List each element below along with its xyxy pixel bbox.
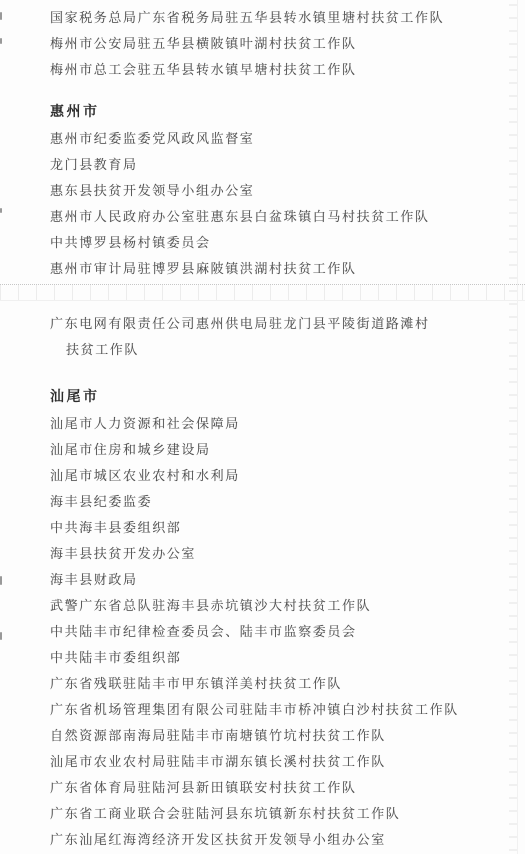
list-item: 自然资源部南海局驻陆丰市南塘镇竹坑村扶贫工作队 bbox=[50, 723, 470, 749]
left-edge-scan-artifact bbox=[0, 576, 2, 585]
left-edge-scan-artifact bbox=[0, 208, 2, 213]
list-item: 海丰县扶贫开发办公室 bbox=[50, 541, 470, 567]
list-item: 海丰县纪委监委 bbox=[50, 489, 470, 515]
list-item: 惠州市人民政府办公室驻惠东县白盆珠镇白马村扶贫工作队 bbox=[50, 204, 470, 230]
list-item: 广东省工商业联合会驻陆河县东坑镇新东村扶贫工作队 bbox=[50, 801, 470, 827]
list-item: 广东汕尾红海湾经济开发区扶贫开发领导小组办公室 bbox=[50, 827, 470, 853]
list-item: 汕尾市城区农业农村和水利局 bbox=[50, 463, 470, 489]
scanned-document-page: { "page": { "background": "#fdfdfd", "te… bbox=[0, 0, 525, 854]
blank-line bbox=[50, 363, 470, 385]
list-item: 广东省机场管理集团有限公司驻陆丰市桥冲镇白沙村扶贫工作队 bbox=[50, 697, 470, 723]
list-item: 惠东县扶贫开发领导小组办公室 bbox=[50, 178, 470, 204]
left-edge-scan-artifact bbox=[0, 12, 2, 20]
document-body: 国家税务总局广东省税务局驻五华县转水镇里塘村扶贫工作队梅州市公安局驻五华县横陂镇… bbox=[0, 0, 525, 854]
right-edge-tick-artifacts bbox=[509, 4, 517, 854]
list-item: 海丰县财政局 bbox=[50, 567, 470, 593]
left-edge-scan-artifact bbox=[0, 632, 2, 640]
list-item: 汕尾市住房和城乡建设局 bbox=[50, 437, 470, 463]
list-item: 汕尾市人力资源和社会保障局 bbox=[50, 411, 470, 437]
list-item: 广东省残联驻陆丰市甲东镇洋美村扶贫工作队 bbox=[50, 671, 470, 697]
list-item-line2: 扶贫工作队 bbox=[50, 337, 470, 363]
blank-line bbox=[50, 83, 470, 100]
page-seam-grid-artifact bbox=[0, 284, 525, 301]
list-item-line1: 广东电网有限责任公司惠州供电局驻龙门县平陵街道路滩村 bbox=[50, 311, 470, 337]
section-header: 汕尾市 bbox=[50, 385, 470, 411]
list-item: 梅州市总工会驻五华县转水镇早塘村扶贫工作队 bbox=[50, 57, 470, 83]
left-edge-scan-artifact bbox=[0, 38, 2, 44]
list-item: 中共陆丰市委组织部 bbox=[50, 645, 470, 671]
right-edge-rule-artifact bbox=[517, 0, 518, 854]
section-header: 惠州市 bbox=[50, 100, 470, 126]
list-item: 中共海丰县委组织部 bbox=[50, 515, 470, 541]
list-item: 中共陆丰市纪律检查委员会、陆丰市监察委员会 bbox=[50, 619, 470, 645]
list-item: 梅州市公安局驻五华县横陂镇叶湖村扶贫工作队 bbox=[50, 31, 470, 57]
list-item: 惠州市审计局驻博罗县麻陂镇洪湖村扶贫工作队 bbox=[50, 256, 470, 282]
list-item: 汕尾市农业农村局驻陆丰市湖东镇长溪村扶贫工作队 bbox=[50, 749, 470, 775]
list-item: 武警广东省总队驻海丰县赤坑镇沙大村扶贫工作队 bbox=[50, 593, 470, 619]
list-item: 中共博罗县杨村镇委员会 bbox=[50, 230, 470, 256]
list-item: 惠州市纪委监委党风政风监督室 bbox=[50, 126, 470, 152]
list-item-wrapped: 广东电网有限责任公司惠州供电局驻龙门县平陵街道路滩村扶贫工作队 bbox=[50, 311, 470, 363]
list-item: 龙门县教育局 bbox=[50, 152, 470, 178]
list-item: 广东省体育局驻陆河县新田镇联安村扶贫工作队 bbox=[50, 775, 470, 801]
list-item: 国家税务总局广东省税务局驻五华县转水镇里塘村扶贫工作队 bbox=[50, 5, 470, 31]
